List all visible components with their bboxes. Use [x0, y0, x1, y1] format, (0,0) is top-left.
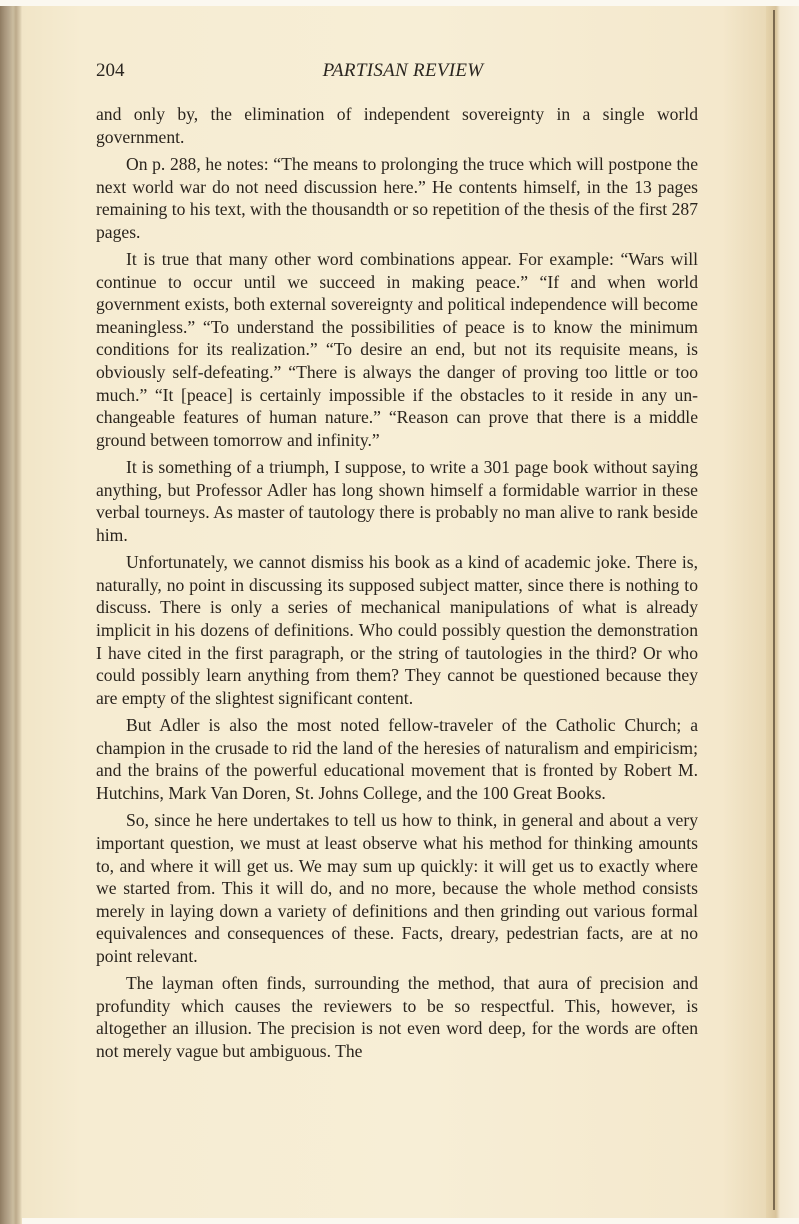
- paragraph: On p. 288, he notes: “The means to prolo…: [96, 153, 698, 243]
- body-text: and only by, the elimination of independ…: [96, 103, 698, 1067]
- page-header: 204 PARTISAN REVIEW: [96, 60, 698, 86]
- paragraph: But Adler is also the most noted fellow-…: [96, 714, 698, 804]
- paragraph: The layman often finds, surrounding the …: [96, 972, 698, 1062]
- page-right-edge: [766, 6, 799, 1224]
- paragraph: So, since he here undertakes to tell us …: [96, 809, 698, 967]
- paragraph-continued: and only by, the elimination of independ…: [96, 103, 698, 148]
- page-edge-line: [773, 10, 775, 1210]
- running-head: PARTISAN REVIEW: [96, 60, 698, 82]
- paragraph: It is true that many other word combinat…: [96, 248, 698, 451]
- paragraph: Unfortunately, we cannot dismiss his boo…: [96, 551, 698, 709]
- book-gutter-shadow: [0, 6, 22, 1224]
- scan-bottom-margin: [22, 1218, 799, 1224]
- paragraph: It is something of a triumph, I suppose,…: [96, 456, 698, 546]
